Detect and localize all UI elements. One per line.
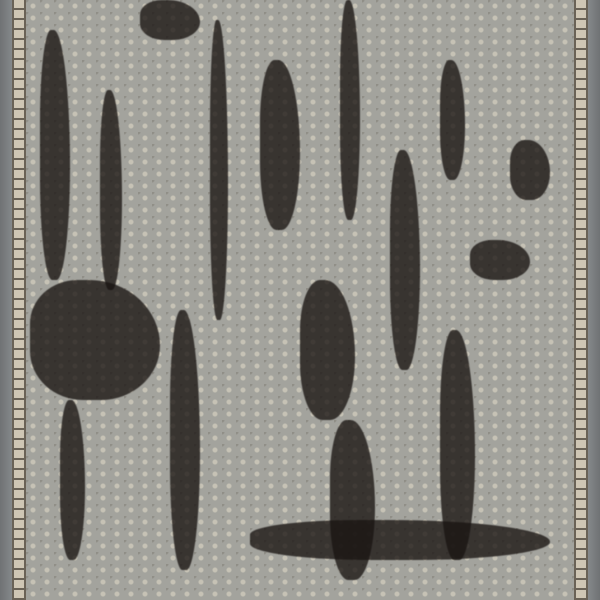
distress-patch — [390, 150, 420, 370]
distress-patch — [470, 240, 530, 280]
distress-patch — [140, 0, 200, 40]
distress-patch — [440, 60, 465, 180]
greek-key-border-right — [574, 0, 588, 600]
rug-image — [0, 0, 600, 600]
distress-patch — [60, 400, 85, 560]
outer-band-right — [588, 0, 600, 600]
distress-patch — [300, 280, 355, 420]
distress-patch — [170, 310, 200, 570]
distress-patch — [30, 280, 160, 400]
distress-patch — [40, 30, 70, 280]
distress-patch — [210, 20, 228, 320]
outer-band-left — [0, 0, 12, 600]
distress-patch — [100, 90, 122, 290]
greek-key-border-left — [12, 0, 26, 600]
distress-patch — [260, 60, 300, 230]
distress-patch — [510, 140, 550, 200]
distress-patch — [340, 0, 360, 220]
distress-patch — [250, 520, 550, 560]
rug-field — [26, 0, 574, 600]
